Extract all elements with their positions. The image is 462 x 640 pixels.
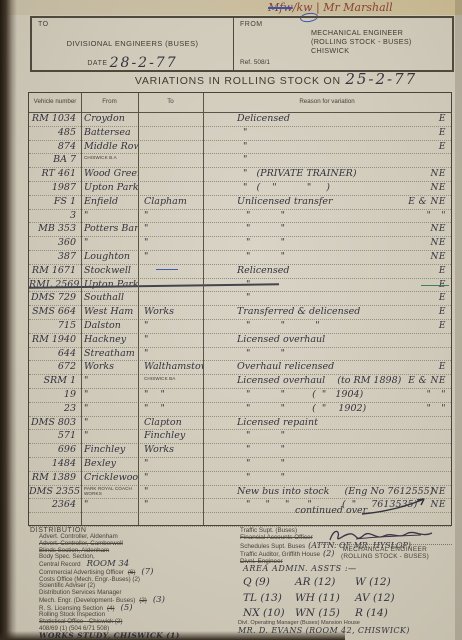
reason-cell: "E <box>203 292 451 305</box>
to-cell: " " <box>138 389 203 402</box>
status-mark: E <box>439 141 446 154</box>
reason-cell: " "NE <box>203 251 451 264</box>
to-cell <box>138 265 203 278</box>
to-cell: Clapton <box>138 417 203 430</box>
vehicle-cell: RM 1034 <box>29 113 81 126</box>
distribution-items: Advert. Controller, AldenhamAdvert. Cont… <box>30 534 235 639</box>
header-from: From <box>81 93 138 112</box>
table-row: 696FinchleyWorks " " <box>29 444 451 458</box>
reason-cell: " "NE <box>203 237 451 250</box>
reason-cell: " " <box>203 458 451 471</box>
area-admin-entry: TL (13) <box>243 592 295 604</box>
to-cell: " <box>138 348 203 361</box>
vehicle-cell: SMS 664 <box>29 306 81 319</box>
reason-cell: " ( " " )NE <box>203 182 451 195</box>
handwritten-annotation: (7) <box>141 567 153 577</box>
form-title: VARIATIONS IN ROLLING STOCK ON 25-2-77 <box>90 70 462 89</box>
footer-handwritten: MR. D. EVANS (ROOM 42, CHISWICK) <box>238 626 458 635</box>
status-mark: E <box>439 127 446 140</box>
from-line1: MECHANICAL ENGINEER <box>311 28 412 37</box>
reason-cell: " " <box>203 444 451 457</box>
variations-table: Vehicle number From To Reason for variat… <box>28 92 452 526</box>
to-cell: Walthamstow <box>138 361 203 374</box>
to-cell: " <box>138 486 203 499</box>
to-cell <box>138 279 203 292</box>
vehicle-cell: BA 7 <box>29 154 81 167</box>
recipient-text: Financial Accounts Officer <box>240 534 313 541</box>
reason-cell: Unlicensed transferE & NE <box>203 196 451 209</box>
status-mark: NE <box>431 251 446 264</box>
recipient-text: Traffic Supt. (Buses) <box>240 527 297 534</box>
vehicle-cell: DMS 2355 <box>29 486 81 499</box>
routing-note-struck: Mfw <box>268 1 293 14</box>
area-admin-grid: Q (9)AR (12)W (12)TL (13)WH (11)AV (12)N… <box>243 576 433 619</box>
distribution-list: DISTRIBUTION Advert. Controller, Aldenha… <box>30 527 235 639</box>
from-line3: CHISWICK <box>311 46 412 55</box>
table-row: RM 1389Cricklewood" " " <box>29 472 451 486</box>
to-cell: " <box>138 223 203 236</box>
status-mark: E & NE <box>408 375 446 388</box>
table-row: 715Dalston" " " "E <box>29 320 451 334</box>
from-label: FROM <box>240 21 263 28</box>
footer-right: Divl. Operating Manager (Buses) Mansion … <box>238 620 458 635</box>
table-row: 387Loughton" " "NE <box>29 251 451 265</box>
signature-block: MECHANICAL ENGINEER (ROLLING STOCK - BUS… <box>318 524 452 560</box>
status-mark: NE <box>431 486 446 499</box>
reference-number: Ref. 508/1 <box>240 59 270 66</box>
to-cell: " <box>138 334 203 347</box>
to-cell <box>138 292 203 305</box>
from-cell: " <box>81 375 138 388</box>
status-mark: " " <box>427 403 446 416</box>
reason-cell: "E <box>203 279 451 292</box>
from-cell: Streatham <box>81 348 138 361</box>
scanned-form-page: Mfw/kw | Mr Marshall TO DIVISIONAL ENGIN… <box>0 0 462 640</box>
distribution-item-text: WORKS STUDY, CHISWICK (1) <box>39 631 180 640</box>
table-row: 672WorksWalthamstowOverhaul relicensedE <box>29 361 451 375</box>
to-cell: Works <box>138 306 203 319</box>
vehicle-cell: 1987 <box>29 182 81 195</box>
to-cell <box>138 141 203 154</box>
to-cell: " <box>138 458 203 471</box>
signature <box>326 524 436 546</box>
from-cell: Hackney <box>81 334 138 347</box>
from-cell: Bexley <box>81 458 138 471</box>
vehicle-cell: 2364 <box>29 499 81 512</box>
from-cell: Works <box>81 361 138 374</box>
vehicle-cell: 360 <box>29 237 81 250</box>
table-row: RT 461Wood Green " (PRIVATE TRAINER)NE <box>29 168 451 182</box>
table-row: 19"" " " " ( " 1904)" " <box>29 389 451 403</box>
reason-cell: Licensed repaint <box>203 417 451 430</box>
from-cell: Wood Green <box>81 168 138 181</box>
reason-cell: RelicensedE <box>203 265 451 278</box>
reason-cell: " "" " <box>203 210 451 223</box>
date-line: DATE 28-2-77 <box>32 55 233 71</box>
area-admin-entry: NX (10) <box>243 607 295 619</box>
vehicle-cell: RT 461 <box>29 168 81 181</box>
from-box: FROM MECHANICAL ENGINEER (ROLLING STOCK … <box>234 18 452 70</box>
from-cell: Southall <box>81 292 138 305</box>
distribution-item-text: Central Record <box>39 561 81 568</box>
reason-cell: " " "E <box>203 320 451 333</box>
status-mark: E <box>439 279 446 292</box>
to-value: DIVISIONAL ENGINEERS (BUSES) <box>32 39 233 48</box>
status-mark: E <box>439 265 446 278</box>
from-cell: " <box>81 499 138 512</box>
area-admin-entry: AR (12) <box>295 576 355 588</box>
vehicle-cell: RM 1389 <box>29 472 81 485</box>
vehicle-cell: 715 <box>29 320 81 333</box>
from-cell: CHISWICK B.A <box>81 154 138 167</box>
vehicle-cell: MB 353 <box>29 223 81 236</box>
to-cell <box>138 127 203 140</box>
handwritten-annotation: (3) <box>153 595 165 605</box>
area-admin-title: AREA ADMIN. ASSTS :— <box>243 564 433 573</box>
from-cell: " <box>81 210 138 223</box>
from-cell: Enfield <box>81 196 138 209</box>
table-row: RM 1671StockwellRelicensedE <box>29 265 451 279</box>
signature-line <box>318 524 452 545</box>
reason-cell: Licensed overhaul <box>203 334 451 347</box>
from-cell: " <box>81 389 138 402</box>
table-body: RM 1034CroydonDelicensedE485Battersea "E… <box>29 113 451 527</box>
table-row: 644Streatham" " " <box>29 348 451 362</box>
routing-note-name: Mr Marshall <box>323 1 392 14</box>
from-cell: " <box>81 403 138 416</box>
from-cell: Dalston <box>81 320 138 333</box>
continued-over-arrow <box>360 496 432 518</box>
reason-cell: Transferred & delicensedE <box>203 306 451 319</box>
signatory-title-1: MECHANICAL ENGINEER <box>318 546 452 553</box>
recipient-text: Traffic Auditor, Griffith House <box>240 551 320 558</box>
scan-left-shadow <box>0 0 17 640</box>
from-cell: Upton Park <box>81 182 138 195</box>
table-row: SMS 664West HamWorksTransferred & delice… <box>29 306 451 320</box>
reason-cell: " (PRIVATE TRAINER)NE <box>203 168 451 181</box>
status-mark: NE <box>431 182 446 195</box>
from-cell: West Ham <box>81 306 138 319</box>
table-row: 1484Bexley" " " <box>29 458 451 472</box>
area-admin-entry: R (14) <box>355 607 415 619</box>
form-title-date: 25-2-77 <box>345 70 417 88</box>
reason-cell: "E <box>203 127 451 140</box>
vehicle-cell: 696 <box>29 444 81 457</box>
table-row: 23"" " " " ( " 1902)" " <box>29 403 451 417</box>
to-label: TO <box>38 21 49 28</box>
to-cell: " <box>138 499 203 512</box>
table-row: 485Battersea "E <box>29 127 451 141</box>
signatory-title-2: (ROLLING STOCK - BUSES) <box>318 553 452 560</box>
area-admin-entry: AV (12) <box>355 592 415 604</box>
to-cell: " <box>138 472 203 485</box>
to-cell: " <box>138 237 203 250</box>
from-cell <box>81 513 138 526</box>
to-cell: " <box>138 320 203 333</box>
from-cell: Croydon <box>81 113 138 126</box>
reason-cell: " " <box>203 348 451 361</box>
from-printed: CHISWICK B.A <box>84 154 117 160</box>
continued-over-note: continued over <box>295 505 367 516</box>
table-row: SRM 1"CHISWICK BALicensed overhaul (to R… <box>29 375 451 389</box>
table-row: 874Middle Row "E <box>29 141 451 155</box>
table-row: 3"" " "" " <box>29 210 451 224</box>
reason-cell: " " <box>203 430 451 443</box>
status-mark: E <box>439 292 446 305</box>
vehicle-cell: 19 <box>29 389 81 402</box>
table-row: RM 1034CroydonDelicensedE <box>29 113 451 127</box>
to-cell <box>138 154 203 167</box>
from-cell: Cricklewood <box>81 472 138 485</box>
from-cell: " <box>81 417 138 430</box>
to-printed: CHISWICK BA <box>144 375 175 381</box>
distribution-item: WORKS STUDY, CHISWICK (1) <box>30 633 235 640</box>
to-cell <box>138 513 203 526</box>
reason-cell: Licensed overhaul (to RM 1898)E & NE <box>203 375 451 388</box>
handwritten-annotation: ROOM 34 <box>87 559 130 569</box>
from-cell: " <box>81 237 138 250</box>
to-cell: " " <box>138 403 203 416</box>
vehicle-cell: 672 <box>29 361 81 374</box>
table-row: FS 1EnfieldClaphamUnlicensed transferE &… <box>29 196 451 210</box>
from-cell: Potters Bar <box>81 223 138 236</box>
reason-cell: " " ( " 1904)" " <box>203 389 451 402</box>
handwritten-routing-note: Mfw/kw | Mr Marshall <box>268 1 460 14</box>
reason-cell: " " ( " 1902)" " <box>203 403 451 416</box>
to-cell: Finchley <box>138 430 203 443</box>
status-mark: NE <box>431 223 446 236</box>
from-cell: Loughton <box>81 251 138 264</box>
reason-cell: Overhaul relicensedE <box>203 361 451 374</box>
status-mark: NE <box>431 237 446 250</box>
address-header-box: TO DIVISIONAL ENGINEERS (BUSES) DATE 28-… <box>30 16 454 72</box>
to-cell: " <box>138 210 203 223</box>
from-cell: Middle Row <box>81 141 138 154</box>
header-to: To <box>138 93 203 112</box>
scan-right-shadow <box>455 0 462 640</box>
vehicle-cell: 874 <box>29 141 81 154</box>
table-row: RM 1940Hackney"Licensed overhaul <box>29 334 451 348</box>
vehicle-cell: 1484 <box>29 458 81 471</box>
reason-cell: " " <box>203 472 451 485</box>
status-mark: NE <box>431 168 446 181</box>
vehicle-cell: 3 <box>29 210 81 223</box>
to-cell <box>138 168 203 181</box>
routing-note-mid: /kw | <box>293 1 320 14</box>
reason-cell: " "NE <box>203 223 451 236</box>
table-row: 1987Upton Park " ( " " )NE <box>29 182 451 196</box>
to-cell: Works <box>138 444 203 457</box>
area-admin-entry: Q (9) <box>243 576 295 588</box>
area-admin-block: AREA ADMIN. ASSTS :— Q (9)AR (12)W (12)T… <box>243 564 433 619</box>
area-admin-entry: W (12) <box>355 576 415 588</box>
vehicle-cell: RM 1940 <box>29 334 81 347</box>
table-row: MB 353Potters Bar" " "NE <box>29 223 451 237</box>
from-cell: " <box>81 430 138 443</box>
date-label: DATE <box>87 60 107 67</box>
column-divider <box>203 93 204 525</box>
recipient-text: Schedules Supt. Buses <box>240 543 305 550</box>
to-cell <box>138 182 203 195</box>
handwritten-annotation: (5) <box>121 603 133 613</box>
from-cell: Upton Park <box>81 279 138 292</box>
table-row: BA 7CHISWICK B.A " <box>29 154 451 168</box>
vehicle-cell: SRM 1 <box>29 375 81 388</box>
distribution-item: Distribution Services Manager <box>30 590 235 597</box>
header-reason: Reason for variation <box>203 93 451 112</box>
status-mark: E <box>439 320 446 333</box>
reason-cell: "E <box>203 141 451 154</box>
to-cell: Clapham <box>138 196 203 209</box>
header-vehicle-number: Vehicle number <box>29 93 81 112</box>
status-mark: E & NE <box>408 196 446 209</box>
status-mark: NE <box>431 499 446 512</box>
status-mark: E <box>439 306 446 319</box>
from-address: MECHANICAL ENGINEER (ROLLING STOCK - BUS… <box>311 28 412 55</box>
from-cell: Finchley <box>81 444 138 457</box>
area-admin-entry: WN (15) <box>295 607 355 619</box>
form-title-printed: VARIATIONS IN ROLLING STOCK ON <box>135 75 341 87</box>
vehicle-cell <box>29 513 81 526</box>
vehicle-cell: 387 <box>29 251 81 264</box>
vehicle-cell: 644 <box>29 348 81 361</box>
vehicle-cell: RML 2569 <box>29 279 81 292</box>
vehicle-cell: RM 1671 <box>29 265 81 278</box>
reason-cell: " <box>203 154 451 167</box>
to-cell: CHISWICK BA <box>138 375 203 388</box>
status-mark: E <box>439 361 446 374</box>
table-row: 360"" " "NE <box>29 237 451 251</box>
table-row: RML 2569Upton Park "E <box>29 279 451 293</box>
table-header-row: Vehicle number From To Reason for variat… <box>29 93 451 113</box>
vehicle-cell: FS 1 <box>29 196 81 209</box>
status-mark: " " <box>427 210 446 223</box>
date-value: 28-2-77 <box>110 55 178 71</box>
distribution-item: Central RecordROOM 34 <box>30 561 235 569</box>
vehicle-cell: 23 <box>29 403 81 416</box>
from-cell: Stockwell <box>81 265 138 278</box>
from-cell: Battersea <box>81 127 138 140</box>
status-mark: " " <box>427 389 446 402</box>
column-divider <box>81 93 82 525</box>
vehicle-cell: DMS 729 <box>29 292 81 305</box>
from-line2: (ROLLING STOCK - BUSES) <box>311 37 412 46</box>
table-row: 571"Finchley " " <box>29 430 451 444</box>
table-row: DMS 729Southall "E <box>29 292 451 306</box>
distribution-item-text: Distribution Services Manager <box>39 589 122 596</box>
vehicle-cell: DMS 803 <box>29 417 81 430</box>
column-divider <box>138 93 139 525</box>
area-admin-entry: WH (11) <box>295 592 355 604</box>
distribution-item: Body Spec. Section, <box>30 554 235 561</box>
struck-count: (4) <box>107 605 115 612</box>
blue-dash-mark <box>156 269 178 270</box>
to-cell <box>138 113 203 126</box>
status-mark: E <box>439 113 446 126</box>
vehicle-cell: 485 <box>29 127 81 140</box>
struck-count: (2) <box>139 597 147 604</box>
reason-cell: DelicensedE <box>203 113 451 126</box>
vehicle-cell: 571 <box>29 430 81 443</box>
from-printed: PARK ROYAL COACH WORKS <box>84 486 138 497</box>
to-box: TO DIVISIONAL ENGINEERS (BUSES) DATE 28-… <box>32 18 234 70</box>
to-cell: " <box>138 251 203 264</box>
from-cell: PARK ROYAL COACH WORKS <box>81 486 138 499</box>
table-row: DMS 803"ClaptonLicensed repaint <box>29 417 451 431</box>
